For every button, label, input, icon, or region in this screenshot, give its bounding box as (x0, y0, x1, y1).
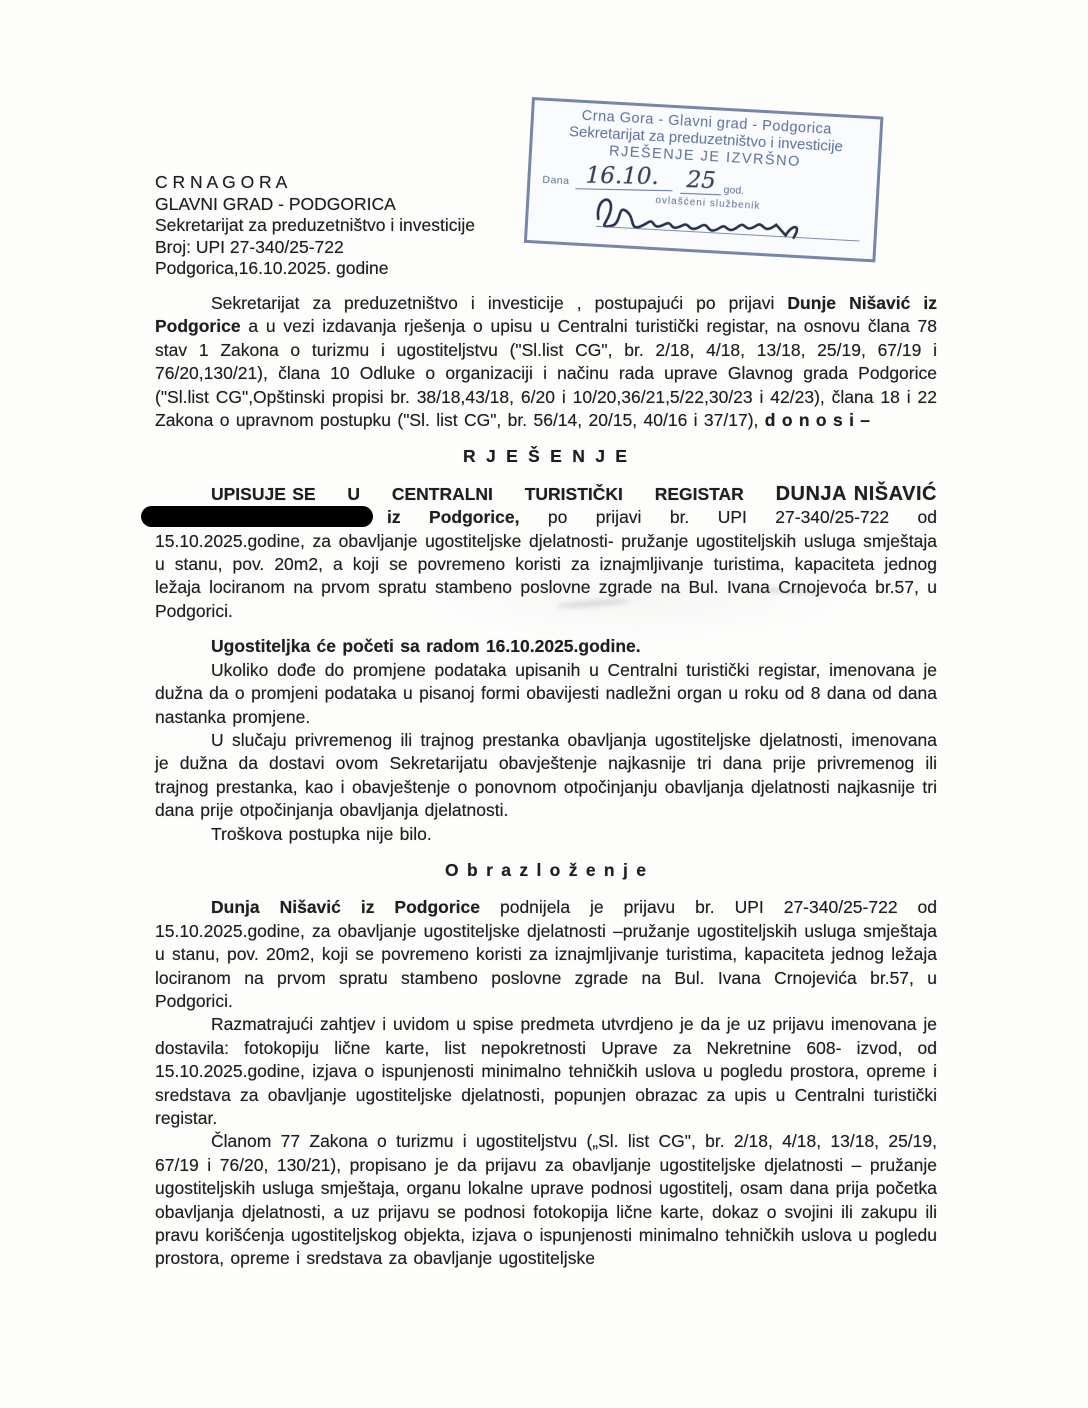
upisuje-word: CENTRALNI (392, 483, 493, 506)
upisuje-word: UPISUJE SE (211, 483, 316, 506)
upisuje-word: TURISTIČKI (525, 483, 623, 506)
upisuje-section: UPISUJE SE U CENTRALNI TURISTIČKI REGIST… (155, 483, 937, 623)
intro-lead: Sekretarijat za preduzetništvo i investi… (211, 293, 787, 313)
upisuje-from: iz Podgorice, (387, 507, 519, 527)
upisuje-word: REGISTAR (655, 483, 744, 506)
rjesenje-heading: R J E Š E N J E (155, 445, 937, 468)
applicant-name: Dunja Nišavić iz Podgorice (211, 897, 480, 917)
letterhead: C R N A G O R A GLAVNI GRAD - PODGORICA … (155, 172, 655, 280)
scanned-document-page: Crna Gora - Glavni grad - Podgorica Sekr… (0, 0, 1088, 1408)
costs-line: Troškova postupka nije bilo. (155, 823, 937, 846)
applicant-paragraph: Dunja Nišavić iz Podgorice podnijela je … (155, 896, 937, 1013)
start-work-line: Ugostiteljka će početi sa radom 16.10.20… (155, 635, 937, 658)
letterhead-department: Sekretarijat za preduzetništvo i investi… (155, 215, 655, 237)
registered-person-name: DUNJA NIŠAVIĆ (776, 483, 937, 506)
cease-obligation-paragraph: U slučaju privremenog ili trajnog presta… (155, 729, 937, 823)
letterhead-city: GLAVNI GRAD - PODGORICA (155, 194, 655, 216)
letterhead-case-number: Broj: UPI 27-340/25-722 (155, 237, 655, 259)
law-paragraph: Članom 77 Zakona o turizmu i ugostiteljs… (155, 1130, 937, 1270)
obrazlozenje-heading: O b r a z l o ž e n j e (155, 859, 937, 882)
letterhead-place-date: Podgorica,16.10.2025. godine (155, 258, 655, 280)
upisuje-word: U (347, 483, 360, 506)
letterhead-country: C R N A G O R A (155, 172, 655, 194)
redaction-bar (141, 506, 373, 527)
change-obligation-paragraph: Ukoliko dođe do promjene podataka upisan… (155, 659, 937, 729)
upisuje-paragraph: iz Podgorice, po prijavi br. UPI 27-340/… (155, 506, 937, 623)
intro-paragraph: Sekretarijat za preduzetništvo i investi… (155, 292, 937, 432)
review-paragraph: Razmatrajući zahtjev i uvidom u spise pr… (155, 1013, 937, 1130)
document-body: Sekretarijat za preduzetništvo i investi… (155, 292, 937, 1271)
donosi-word: d o n o s i – (765, 410, 870, 430)
upisuje-first-line: UPISUJE SE U CENTRALNI TURISTIČKI REGIST… (155, 483, 937, 506)
